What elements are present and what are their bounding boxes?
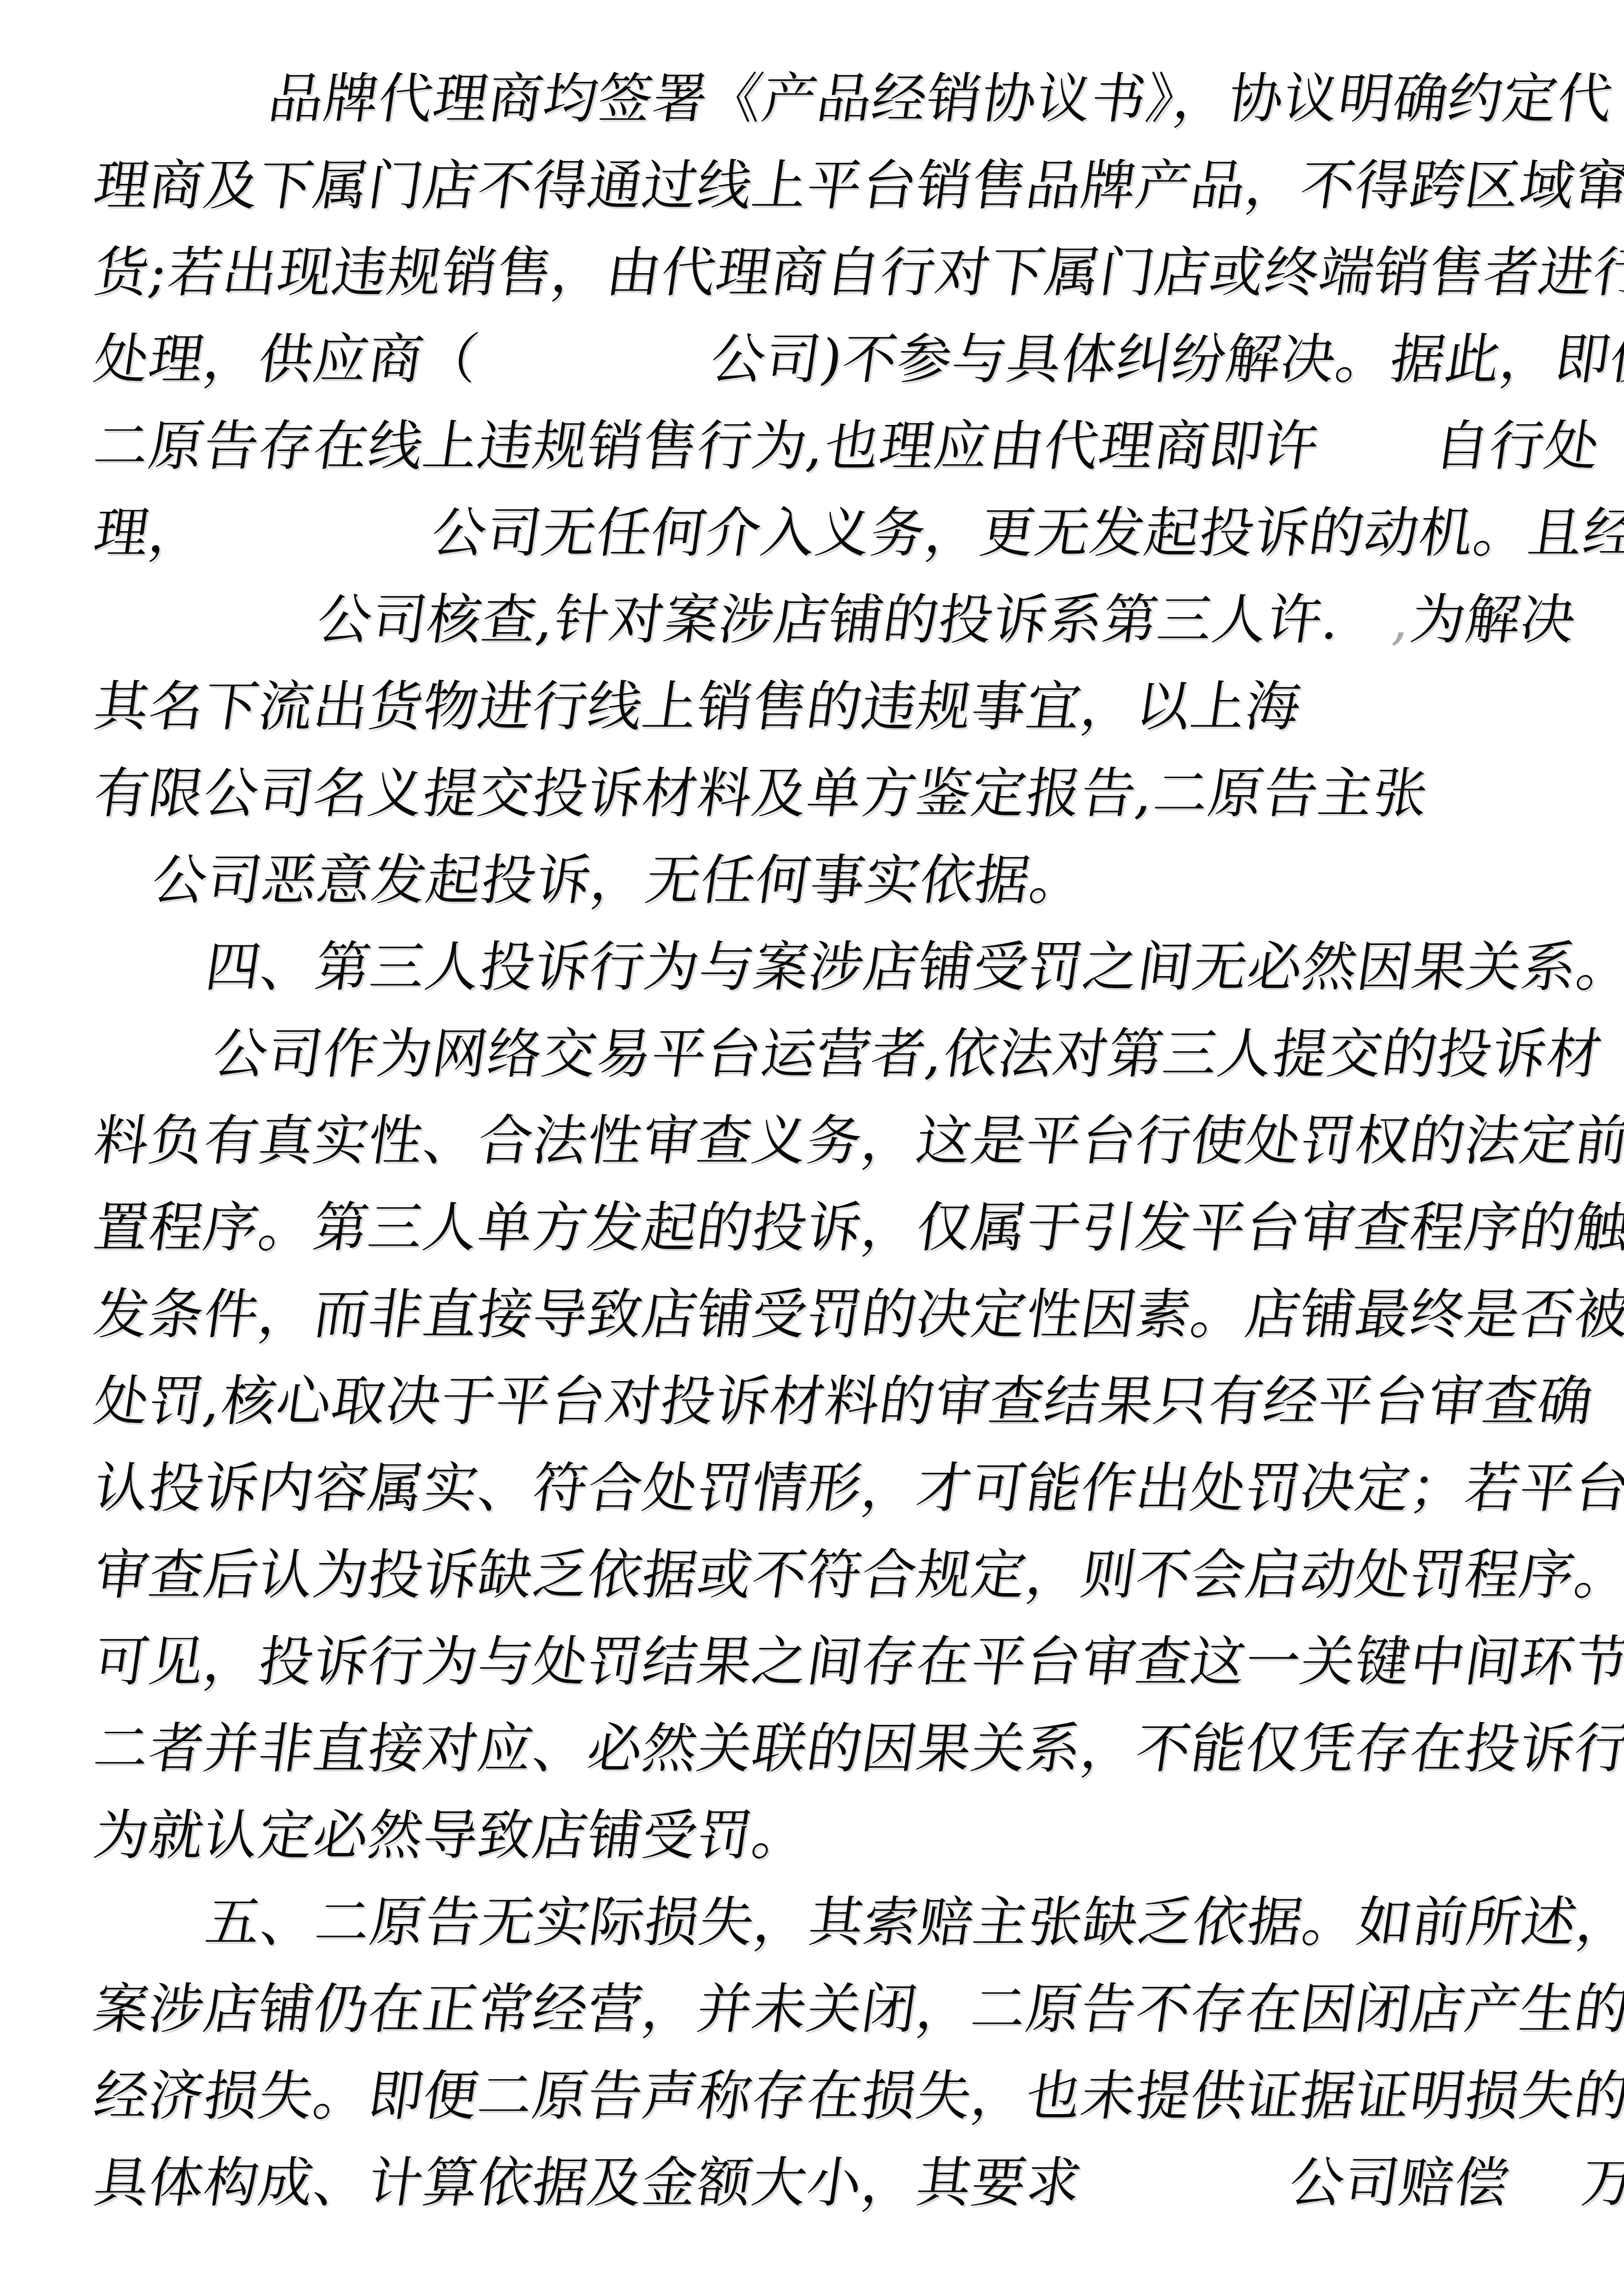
text-segment: 二原告存在线上违规销售行为,也理应由代理商即许: [90, 415, 1323, 478]
text-segment: 发条件，而非直接导致店铺受罚的决定性因素。店铺最终是否被: [90, 1283, 1624, 1346]
text-line: 公司核查,针对案涉店铺的投诉系第三人许.,为解决: [88, 577, 1554, 664]
text-segment: 有限公司名义提交投诉材料及单方鉴定报告,二原告主张: [90, 762, 1432, 825]
text-line: 其名下流出货物进行线上销售的违规事宜，以上海: [88, 664, 1554, 750]
text-segment: 其名下流出货物进行线上销售的违规事宜，以上海: [90, 675, 1305, 738]
paragraph-indent: [92, 985, 203, 986]
text-segment: 处罚,核心取决于平台对投诉材料的审查结果只有经平台审查确: [90, 1370, 1597, 1433]
text-line: 审查后认为投诉缺乏依据或不符合规定，则不会启动处罚程序。: [88, 1532, 1554, 1619]
paragraph-indent: [92, 1072, 211, 1073]
text-segment: 公司恶意发起投诉，无任何事实依据。: [148, 849, 1089, 912]
text-line: 二者并非直接对应、必然关联的因果关系，不能仅凭存在投诉行: [88, 1706, 1554, 1792]
scanned-document-page: 品牌代理商均签署《产品经销协议书》，协议明确约定代理商及下属门店不得通过线上平台…: [0, 0, 1624, 2296]
text-line: 为就认定必然导致店铺受罚。: [88, 1792, 1554, 1879]
text-line: 处罚,核心取决于平台对投诉材料的审查结果只有经平台审查确: [88, 1358, 1554, 1445]
text-line: 有限公司名义提交投诉材料及单方鉴定报告,二原告主张: [88, 750, 1554, 837]
text-segment: 公司赔偿: [1285, 2151, 1513, 2215]
text-line: 公司恶意发起投诉，无任何事实依据。: [88, 837, 1554, 924]
redaction-gap: [201, 551, 429, 552]
text-line: 理，公司无任何介入义务，更无发起投诉的动机。且经: [88, 490, 1554, 577]
text-segment: 审查后认为投诉缺乏依据或不符合规定，则不会启动处罚程序。: [90, 1544, 1624, 1607]
paragraph-indent: [92, 117, 266, 117]
text-line: 可见，投诉行为与处罚结果之间存在平台审查这一关键中间环节，: [88, 1619, 1554, 1706]
text-segment: 处理，供应商（: [90, 328, 482, 391]
text-segment: 认投诉内容属实、符合处罚情形，才可能作出处罚决定；若平台: [90, 1457, 1624, 1520]
text-segment: 可见，投诉行为与处罚结果之间存在平台审查这一关键中间环节，: [90, 1630, 1624, 1694]
text-segment: 理，: [90, 502, 208, 565]
text-segment: 公司)不参与具体纠纷解决。据此，即便: [706, 328, 1624, 391]
text-segment: 经济损失。即便二原告声称存在损失，也未提供证据证明损失的: [90, 2065, 1624, 2128]
text-segment: 四、第三人投诉行为与案涉店铺受罚之间无必然因果关系。: [201, 936, 1624, 999]
text-segment: 公司核查,针对案涉店铺的投诉系第三人许.: [313, 588, 1344, 651]
text-line: 品牌代理商均签署《产品经销协议书》，协议明确约定代: [88, 56, 1554, 143]
text-line: 五、二原告无实际损失，其索赔主张缺乏依据。如前所述，: [88, 1879, 1554, 1966]
text-line: 料负有真实性、合法性审查义务，这是平台行使处罚权的法定前: [88, 1098, 1554, 1185]
text-segment: 为就认定必然导致店铺受罚。: [90, 1804, 811, 1867]
text-segment: 公司无任何介入义务，更无发起投诉的动机。且经: [427, 502, 1624, 565]
text-segment: 二者并非直接对应、必然关联的因果关系，不能仅凭存在投诉行: [90, 1717, 1624, 1780]
text-segment: 品牌代理商均签署《产品经销协议书》，协议明确约定代: [264, 67, 1617, 130]
text-segment: 具体构成、计算依据及金额大小，其要求: [90, 2151, 1085, 2215]
text-line: 理商及下属门店不得通过线上平台销售品牌产品，不得跨区域窜: [88, 143, 1554, 229]
text-line: 置程序。第三人单方发起的投诉，仅属于引发平台审查程序的触: [88, 1185, 1554, 1271]
text-segment: 自行处: [1430, 415, 1604, 478]
redaction-gap: [1316, 464, 1432, 465]
text-segment: 为解决: [1407, 588, 1580, 651]
text-line: 四、第三人投诉行为与案涉店铺受罚之间无必然因果关系。: [88, 924, 1554, 1011]
text-line: 发条件，而非直接导致店铺受罚的决定性因素。店铺最终是否被: [88, 1271, 1554, 1358]
redaction-gap: [476, 377, 708, 378]
text-line: 公司作为网络交易平台运营者,依法对第三人提交的投诉材: [88, 1011, 1554, 1098]
paragraph-indent: [92, 638, 315, 638]
paragraph-indent: [92, 1940, 203, 1941]
text-segment: 料负有真实性、合法性审查义务，这是平台行使处罚权的法定前: [90, 1109, 1624, 1172]
text-line: 案涉店铺仍在正常经营，并未关闭，二原告不存在因闭店产生的: [88, 1966, 1554, 2053]
text-line: 货;若出现违规销售，由代理商自行对下属门店或终端销售者进行: [88, 229, 1554, 316]
text-segment: 案涉店铺仍在正常经营，并未关闭，二原告不存在因闭店产生的: [90, 1978, 1624, 2041]
text-line: 经济损失。即便二原告声称存在损失，也未提供证据证明损失的: [88, 2053, 1554, 2140]
text-segment: 货;若出现违规销售，由代理商自行对下属门店或终端销售者进行: [90, 241, 1624, 304]
text-line: 具体构成、计算依据及金额大小，其要求公司赔偿万: [88, 2140, 1554, 2227]
text-segment: 万: [1577, 2151, 1624, 2215]
text-line: 二原告存在线上违规销售行为,也理应由代理商即许自行处: [88, 403, 1554, 490]
text-segment: 置程序。第三人单方发起的投诉，仅属于引发平台审查程序的触: [90, 1196, 1624, 1259]
text-segment: 五、二原告无实际损失，其索赔主张缺乏依据。如前所述，: [201, 1891, 1624, 1954]
paragraph-indent: [92, 898, 150, 899]
document-body: 品牌代理商均签署《产品经销协议书》，协议明确约定代理商及下属门店不得通过线上平台…: [90, 56, 1543, 2227]
text-segment: 理商及下属门店不得通过线上平台销售品牌产品，不得跨区域窜: [90, 154, 1624, 217]
text-segment: 公司作为网络交易平台运营者,依法对第三人提交的投诉材: [209, 1023, 1606, 1086]
text-line: 处理，供应商（公司)不参与具体纠纷解决。据此，即便: [88, 316, 1554, 403]
text-line: 认投诉内容属实、符合处罚情形，才可能作出处罚决定；若平台: [88, 1445, 1554, 1532]
redaction-gap: [1337, 638, 1391, 638]
redaction-gap: [1079, 2201, 1287, 2201]
redaction-gap: [1507, 2201, 1579, 2201]
